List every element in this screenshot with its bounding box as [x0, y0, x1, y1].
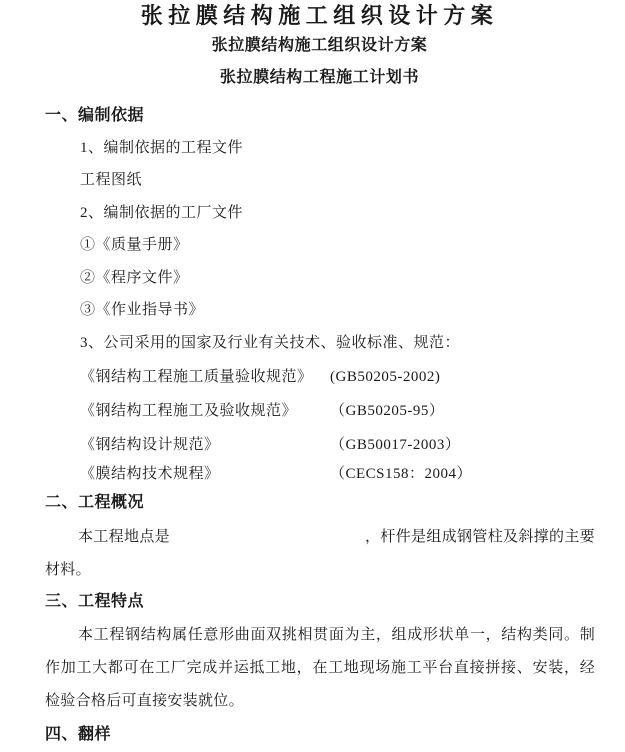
document-page: 张拉膜结构施工组织设计方案 张拉膜结构施工组织设计方案 张拉膜结构工程施工计划书…: [0, 0, 625, 752]
standard-code: （GB50205-95）: [330, 402, 444, 420]
location-blank: [170, 540, 365, 541]
list-item-project-documents: 1、编制依据的工程文件: [80, 139, 243, 157]
document-subtitle-secondary: 张拉膜结构工程施工计划书: [45, 68, 594, 87]
standard-name: 《钢结构设计规范》: [80, 436, 330, 454]
section-heading-project-overview: 二、工程概况: [45, 493, 144, 512]
list-item-factory-documents: 2、编制依据的工厂文件: [80, 204, 243, 222]
document-subtitle: 张拉膜结构施工组织设计方案: [45, 36, 594, 55]
standard-code: (GB50205-2002): [330, 368, 440, 386]
standard-row-membrane-structure: 《膜结构技术规程》（CECS158：2004）: [80, 465, 472, 483]
standard-name: 《钢结构工程施工及验收规范》: [80, 402, 330, 420]
list-item-quality-manual: ①《质量手册》: [80, 236, 189, 254]
standard-name: 《钢结构工程施工质量验收规范》: [80, 368, 330, 386]
standard-row-construction-acceptance: 《钢结构工程施工及验收规范》（GB50205-95）: [80, 402, 444, 420]
section-heading-project-features: 三、工程特点: [45, 592, 144, 611]
paragraph-project-overview: 本工程地点是，杆件是组成钢管柱及斜撑的主要材料。: [45, 521, 595, 587]
section-heading-lofting: 四、翻样: [45, 725, 111, 744]
standard-code: （CECS158：2004）: [330, 465, 472, 483]
list-item-procedure-documents: ②《程序文件》: [80, 269, 189, 287]
section-heading-compilation-basis: 一、编制依据: [45, 106, 144, 125]
list-item-project-drawings: 工程图纸: [80, 171, 142, 189]
document-title: 张拉膜结构施工组织设计方案: [45, 3, 594, 29]
standard-name: 《膜结构技术规程》: [80, 465, 330, 483]
standard-row-quality-acceptance: 《钢结构工程施工质量验收规范》(GB50205-2002): [80, 368, 440, 386]
list-item-work-instructions: ③《作业指导书》: [80, 301, 204, 319]
standard-code: （GB50017-2003）: [330, 436, 460, 454]
standard-row-steel-design: 《钢结构设计规范》（GB50017-2003）: [80, 436, 460, 454]
overview-text-before-blank: 本工程地点是: [78, 529, 170, 545]
list-item-standards-intro: 3、公司采用的国家及行业有关技术、验收标准、规范：: [80, 334, 460, 352]
paragraph-project-features: 本工程钢结构属任意形曲面双挑相贯面为主，组成形状单一，结构类同。制作加工大都可在…: [45, 619, 595, 718]
